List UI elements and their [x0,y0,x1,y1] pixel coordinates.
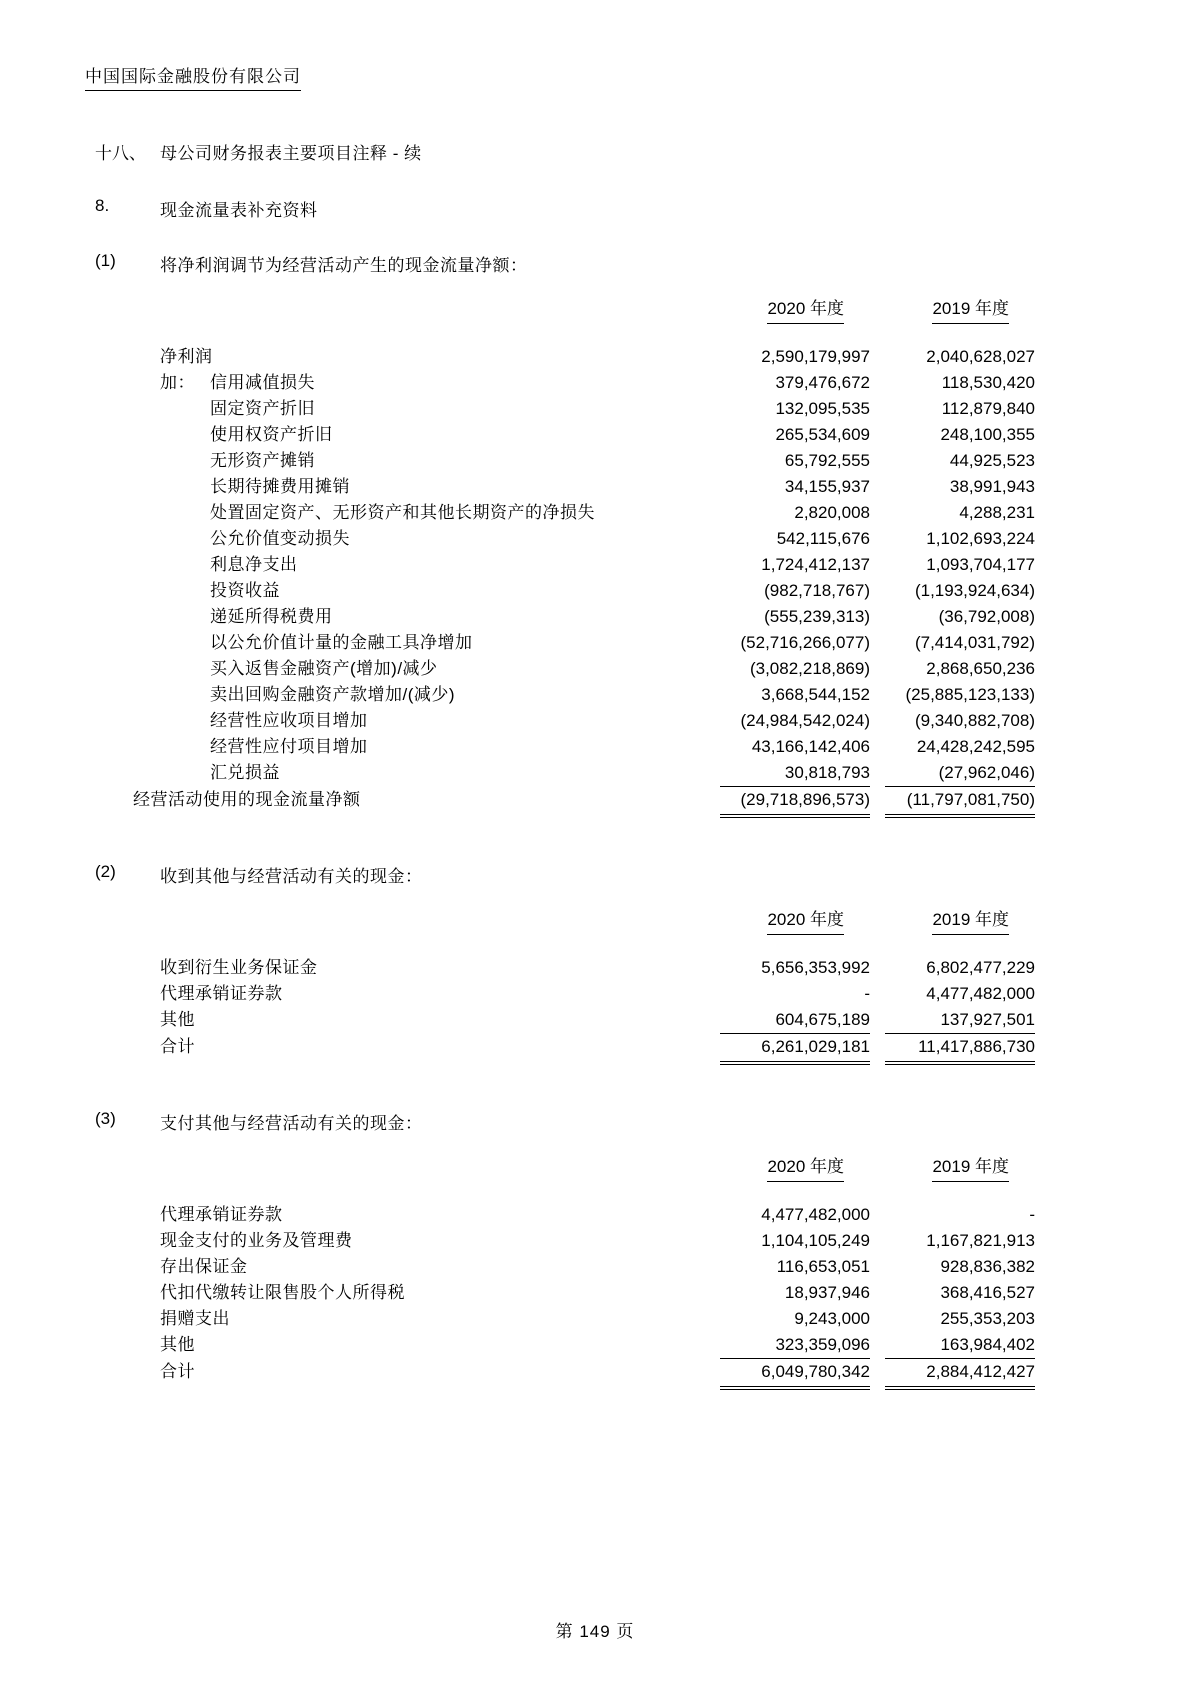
row-value-2020: 43,166,142,406 [720,734,870,760]
row-value-2020: 2,820,008 [720,500,870,526]
row-value-2019: 1,102,693,224 [885,526,1035,552]
row-value-2020: 3,668,544,152 [720,682,870,708]
row-value-2019: 248,100,355 [885,422,1035,448]
row-value-2019: 44,925,523 [885,448,1035,474]
table-row: 投资收益(982,718,767)(1,193,924,634) [133,578,1035,604]
table-row: 现金支付的业务及管理费1,104,105,2491,167,821,913 [133,1228,1035,1254]
item-title: 现金流量表补充资料 [160,196,1105,221]
row-label: 使用权资产折旧 [210,425,333,444]
row-value-2020: (555,239,313) [720,604,870,630]
row-value-2019: 4,477,482,000 [885,981,1035,1007]
row-label: 捐赠支出 [160,1309,230,1328]
table-row: 代理承销证券款4,477,482,000- [133,1202,1035,1228]
row-value-2020: (982,718,767) [720,578,870,604]
row-label-cell: 公允价值变动损失 [133,526,705,552]
table-row: 卖出回购金融资产款增加/(减少)3,668,544,152(25,885,123… [133,682,1035,708]
table-row: 代理承销证券款-4,477,482,000 [133,981,1035,1007]
row-value-2020: 265,534,609 [720,422,870,448]
row-label-cell: 净利润 [133,344,705,370]
table-total-row: 合计6,261,029,18111,417,886,730 [133,1033,1035,1065]
row-value-2019: 2,884,412,427 [885,1358,1035,1390]
column-header-2020: 2020 年度 [720,1156,870,1182]
row-value-2019: (9,340,882,708) [885,708,1035,734]
column-header-2020: 2020 年度 [720,298,870,324]
subsection-3: (3) 支付其他与经营活动有关的现金： 2020 年度2019 年度代理承销证券… [85,1109,1105,1390]
row-value-2020: 5,656,353,992 [720,955,870,981]
row-value-2019: - [885,1202,1035,1228]
table-body: 净利润2,590,179,9972,040,628,027加：信用减值损失379… [133,344,1035,818]
row-label-cell: 现金支付的业务及管理费 [133,1228,705,1254]
table-row: 以公允价值计量的金融工具净增加(52,716,266,077)(7,414,03… [133,630,1035,656]
section-number: 十八、 [95,139,160,164]
item-heading: 8. 现金流量表补充资料 [85,196,1105,221]
column-header-label: 2019 年度 [932,909,1009,935]
row-label-cell: 使用权资产折旧 [133,422,705,448]
table-row: 汇兑损益30,818,793(27,962,046) [133,760,1035,786]
row-label-cell: 汇兑损益 [133,760,705,786]
row-value-2020: 6,049,780,342 [720,1358,870,1390]
row-label-cell: 固定资产折旧 [133,396,705,422]
row-value-2020: - [720,981,870,1007]
table-total-row: 合计6,049,780,3422,884,412,427 [133,1358,1035,1390]
row-label: 合计 [160,1362,195,1381]
section-heading: 十八、 母公司财务报表主要项目注释 - 续 [85,139,1105,164]
company-header: 中国国际金融股份有限公司 [85,62,1105,91]
row-label: 其他 [160,1010,195,1029]
row-label: 现金支付的业务及管理费 [160,1231,353,1250]
subsection-title: 将净利润调节为经营活动产生的现金流量净额： [160,251,1105,276]
row-value-2019: (25,885,123,133) [885,682,1035,708]
subsection-2: (2) 收到其他与经营活动有关的现金： 2020 年度2019 年度收到衍生业务… [85,862,1105,1065]
row-value-2020: (24,984,542,024) [720,708,870,734]
row-label: 其他 [160,1335,195,1354]
row-label-cell: 代扣代缴转让限售股个人所得税 [133,1280,705,1306]
row-value-2019: 112,879,840 [885,396,1035,422]
row-label-cell: 处置固定资产、无形资产和其他长期资产的净损失 [133,500,705,526]
subsection-title: 支付其他与经营活动有关的现金： [160,1109,1105,1134]
row-label: 合计 [160,1037,195,1056]
table-row: 其他323,359,096163,984,402 [133,1332,1035,1358]
table-header-row: 2020 年度2019 年度 [133,909,1035,935]
item-number: 8. [95,196,160,221]
row-value-2019: 38,991,943 [885,474,1035,500]
row-label-cell: 其他 [133,1332,705,1358]
column-header-label: 2020 年度 [767,298,844,324]
table-row: 净利润2,590,179,9972,040,628,027 [133,344,1035,370]
column-header-label: 2019 年度 [932,298,1009,324]
row-label-cell: 捐赠支出 [133,1306,705,1332]
row-value-2019: 1,167,821,913 [885,1228,1035,1254]
subsection-number: (2) [95,862,160,887]
row-value-2020: 18,937,946 [720,1280,870,1306]
row-value-2020: 132,095,535 [720,396,870,422]
subsection-title: 收到其他与经营活动有关的现金： [160,862,1105,887]
table-row: 递延所得税费用(555,239,313)(36,792,008) [133,604,1035,630]
row-label-cell: 以公允价值计量的金融工具净增加 [133,630,705,656]
row-label: 卖出回购金融资产款增加/(减少) [210,685,455,704]
row-value-2019: (11,797,081,750) [885,786,1035,818]
row-label: 公允价值变动损失 [210,529,350,548]
row-value-2020: 1,724,412,137 [720,552,870,578]
row-value-2020: 1,104,105,249 [720,1228,870,1254]
row-value-2019: 11,417,886,730 [885,1033,1035,1065]
row-value-2020: 65,792,555 [720,448,870,474]
subsection-1: (1) 将净利润调节为经营活动产生的现金流量净额： 2020 年度2019 年度… [85,251,1105,818]
table-row: 存出保证金116,653,051928,836,382 [133,1254,1035,1280]
table-row: 其他604,675,189137,927,501 [133,1007,1035,1033]
table-row: 处置固定资产、无形资产和其他长期资产的净损失2,820,0084,288,231 [133,500,1035,526]
column-header-2019: 2019 年度 [885,909,1035,935]
row-value-2019: 928,836,382 [885,1254,1035,1280]
row-value-2019: (1,193,924,634) [885,578,1035,604]
row-value-2019: 24,428,242,595 [885,734,1035,760]
row-value-2020: 542,115,676 [720,526,870,552]
row-label-cell: 卖出回购金融资产款增加/(减少) [133,682,705,708]
row-label-cell: 利息净支出 [133,552,705,578]
row-label: 代理承销证券款 [160,1205,283,1224]
row-value-2019: 163,984,402 [885,1332,1035,1358]
row-label: 处置固定资产、无形资产和其他长期资产的净损失 [210,503,595,522]
row-label-cell: 合计 [133,1034,705,1060]
row-label: 无形资产摊销 [210,451,315,470]
row-value-2019: (36,792,008) [885,604,1035,630]
row-value-2019: 2,040,628,027 [885,344,1035,370]
row-value-2020: 4,477,482,000 [720,1202,870,1228]
row-value-2020: 6,261,029,181 [720,1033,870,1065]
row-label: 递延所得税费用 [210,607,333,626]
row-value-2019: 368,416,527 [885,1280,1035,1306]
row-value-2019: 4,288,231 [885,500,1035,526]
row-label: 经营性应付项目增加 [210,737,368,756]
row-value-2019: 255,353,203 [885,1306,1035,1332]
row-label-cell: 其他 [133,1007,705,1033]
row-value-2020: 9,243,000 [720,1306,870,1332]
row-value-2020: 34,155,937 [720,474,870,500]
subsection-number: (1) [95,251,160,276]
financial-table-2: 2020 年度2019 年度收到衍生业务保证金5,656,353,9926,80… [133,909,1035,1065]
table-row: 代扣代缴转让限售股个人所得税18,937,946368,416,527 [133,1280,1035,1306]
financial-table-1: 2020 年度2019 年度净利润2,590,179,9972,040,628,… [133,298,1035,818]
row-label-cell: 加：信用减值损失 [133,370,705,396]
row-label-prefix: 加： [160,370,210,396]
row-label: 代理承销证券款 [160,984,283,1003]
row-label: 收到衍生业务保证金 [160,958,318,977]
row-label-cell: 递延所得税费用 [133,604,705,630]
row-label: 汇兑损益 [210,763,280,782]
column-header-2019: 2019 年度 [885,298,1035,324]
column-header-label: 2019 年度 [932,1156,1009,1182]
table-row: 捐赠支出9,243,000255,353,203 [133,1306,1035,1332]
company-name: 中国国际金融股份有限公司 [85,62,301,91]
table-row: 收到衍生业务保证金5,656,353,9926,802,477,229 [133,955,1035,981]
row-value-2020: 379,476,672 [720,370,870,396]
table-row: 经营性应付项目增加43,166,142,40624,428,242,595 [133,734,1035,760]
row-label: 经营性应收项目增加 [210,711,368,730]
subsection-number: (3) [95,1109,160,1134]
row-label-cell: 代理承销证券款 [133,1202,705,1228]
subsection-heading: (1) 将净利润调节为经营活动产生的现金流量净额： [85,251,1105,276]
row-label-cell: 投资收益 [133,578,705,604]
row-label: 长期待摊费用摊销 [210,477,350,496]
row-label-cell: 代理承销证券款 [133,981,705,1007]
column-header-2020: 2020 年度 [720,909,870,935]
row-label: 经营活动使用的现金流量净额 [133,790,361,809]
column-header-label: 2020 年度 [767,1156,844,1182]
row-value-2019: (7,414,031,792) [885,630,1035,656]
row-label-cell: 存出保证金 [133,1254,705,1280]
row-label: 利息净支出 [210,555,298,574]
table-row: 固定资产折旧132,095,535112,879,840 [133,396,1035,422]
row-label: 买入返售金融资产(增加)/减少 [210,659,438,678]
table-row: 利息净支出1,724,412,1371,093,704,177 [133,552,1035,578]
row-label-cell: 买入返售金融资产(增加)/减少 [133,656,705,682]
table-body: 收到衍生业务保证金5,656,353,9926,802,477,229代理承销证… [133,955,1035,1065]
table-total-row: 经营活动使用的现金流量净额(29,718,896,573)(11,797,081… [133,786,1035,818]
subsection-heading: (2) 收到其他与经营活动有关的现金： [85,862,1105,887]
table-header-row: 2020 年度2019 年度 [133,298,1035,324]
column-header-label: 2020 年度 [767,909,844,935]
table-row: 经营性应收项目增加(24,984,542,024)(9,340,882,708) [133,708,1035,734]
row-label-cell: 经营性应收项目增加 [133,708,705,734]
row-label-cell: 长期待摊费用摊销 [133,474,705,500]
row-label: 代扣代缴转让限售股个人所得税 [160,1283,405,1302]
page-number: 第 149 页 [0,1617,1190,1642]
row-label: 信用减值损失 [210,373,315,392]
row-value-2019: 118,530,420 [885,370,1035,396]
table-body: 代理承销证券款4,477,482,000-现金支付的业务及管理费1,104,10… [133,1202,1035,1390]
table-row: 加：信用减值损失379,476,672118,530,420 [133,370,1035,396]
row-value-2020: (29,718,896,573) [720,786,870,818]
row-label-cell: 经营活动使用的现金流量净额 [133,787,705,813]
document-page: 中国国际金融股份有限公司 十八、 母公司财务报表主要项目注释 - 续 8. 现金… [0,0,1190,1684]
table-row: 买入返售金融资产(增加)/减少(3,082,218,869)2,868,650,… [133,656,1035,682]
row-value-2019: 1,093,704,177 [885,552,1035,578]
section-title: 母公司财务报表主要项目注释 - 续 [160,139,1105,164]
row-value-2020: 30,818,793 [720,760,870,786]
row-value-2019: 137,927,501 [885,1007,1035,1033]
row-label: 存出保证金 [160,1257,248,1276]
table-row: 无形资产摊销65,792,55544,925,523 [133,448,1035,474]
column-header-2019: 2019 年度 [885,1156,1035,1182]
row-value-2020: 116,653,051 [720,1254,870,1280]
row-value-2020: (3,082,218,869) [720,656,870,682]
row-value-2020: 2,590,179,997 [720,344,870,370]
row-label: 投资收益 [210,581,280,600]
table-row: 使用权资产折旧265,534,609248,100,355 [133,422,1035,448]
row-value-2020: 604,675,189 [720,1007,870,1033]
row-value-2020: 323,359,096 [720,1332,870,1358]
row-value-2020: (52,716,266,077) [720,630,870,656]
row-label: 固定资产折旧 [210,399,315,418]
row-label-cell: 经营性应付项目增加 [133,734,705,760]
row-label-cell: 无形资产摊销 [133,448,705,474]
row-label: 净利润 [160,347,213,366]
financial-table-3: 2020 年度2019 年度代理承销证券款4,477,482,000-现金支付的… [133,1156,1035,1390]
row-value-2019: (27,962,046) [885,760,1035,786]
row-label-cell: 合计 [133,1359,705,1385]
subsection-heading: (3) 支付其他与经营活动有关的现金： [85,1109,1105,1134]
row-label-cell: 收到衍生业务保证金 [133,955,705,981]
table-header-row: 2020 年度2019 年度 [133,1156,1035,1182]
row-value-2019: 2,868,650,236 [885,656,1035,682]
table-row: 长期待摊费用摊销34,155,93738,991,943 [133,474,1035,500]
row-label: 以公允价值计量的金融工具净增加 [210,633,473,652]
table-row: 公允价值变动损失542,115,6761,102,693,224 [133,526,1035,552]
row-value-2019: 6,802,477,229 [885,955,1035,981]
